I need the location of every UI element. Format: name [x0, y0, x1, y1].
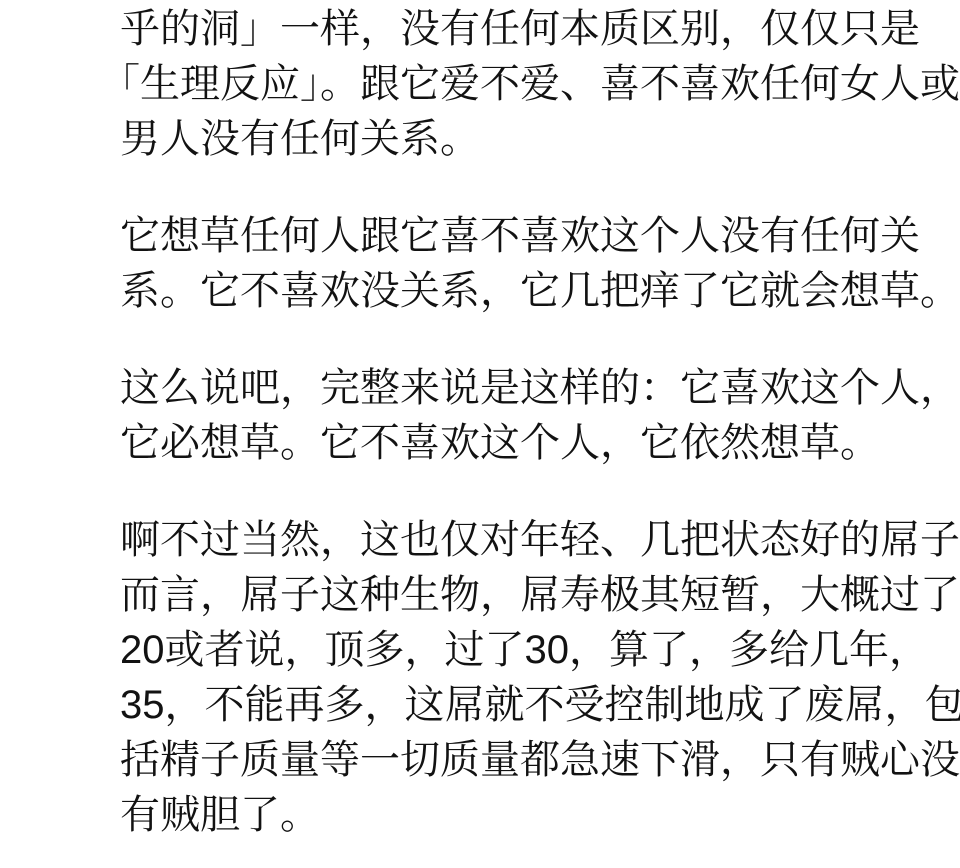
text-line: 有贼胆了。 — [120, 788, 930, 843]
text-body: 乎的洞」一样，没有任何本质区别，仅仅只是「生理反应」。跟它爱不爱、喜不喜欢任何女… — [0, 0, 960, 843]
text-line: 它想草任何人跟它喜不喜欢这个人没有任何关 — [120, 209, 930, 264]
text-line: 它必想草。它不喜欢这个人，它依然想草。 — [120, 416, 930, 471]
text-line: 「生理反应」。跟它爱不爱、喜不喜欢任何女人或 — [100, 57, 930, 112]
text-line: 啊不过当然，这也仅对年轻、几把状态好的屌子 — [120, 513, 930, 568]
text-line: 括精子质量等一切质量都急速下滑，只有贼心没 — [120, 733, 930, 788]
text-line: 35，不能再多，这屌就不受控制地成了废屌，包 — [120, 678, 930, 733]
text-line: 20或者说，顶多，过了30，算了，多给几年， — [120, 623, 930, 678]
paragraph: 这么说吧，完整来说是这样的：它喜欢这个人，它必想草。它不喜欢这个人，它依然想草。 — [120, 361, 930, 471]
text-line: 男人没有任何关系。 — [120, 112, 930, 167]
text-line: 系。它不喜欢没关系，它几把痒了它就会想草。 — [120, 264, 930, 319]
text-line: 乎的洞」一样，没有任何本质区别，仅仅只是 — [120, 2, 930, 57]
paragraph: 啊不过当然，这也仅对年轻、几把状态好的屌子而言，屌子这种生物，屌寿极其短暂，大概… — [120, 513, 930, 843]
paragraph: 乎的洞」一样，没有任何本质区别，仅仅只是「生理反应」。跟它爱不爱、喜不喜欢任何女… — [120, 2, 930, 167]
text-line: 这么说吧，完整来说是这样的：它喜欢这个人， — [120, 361, 930, 416]
paragraph: 它想草任何人跟它喜不喜欢这个人没有任何关系。它不喜欢没关系，它几把痒了它就会想草… — [120, 209, 930, 319]
text-line: 而言，屌子这种生物，屌寿极其短暂，大概过了 — [120, 568, 930, 623]
